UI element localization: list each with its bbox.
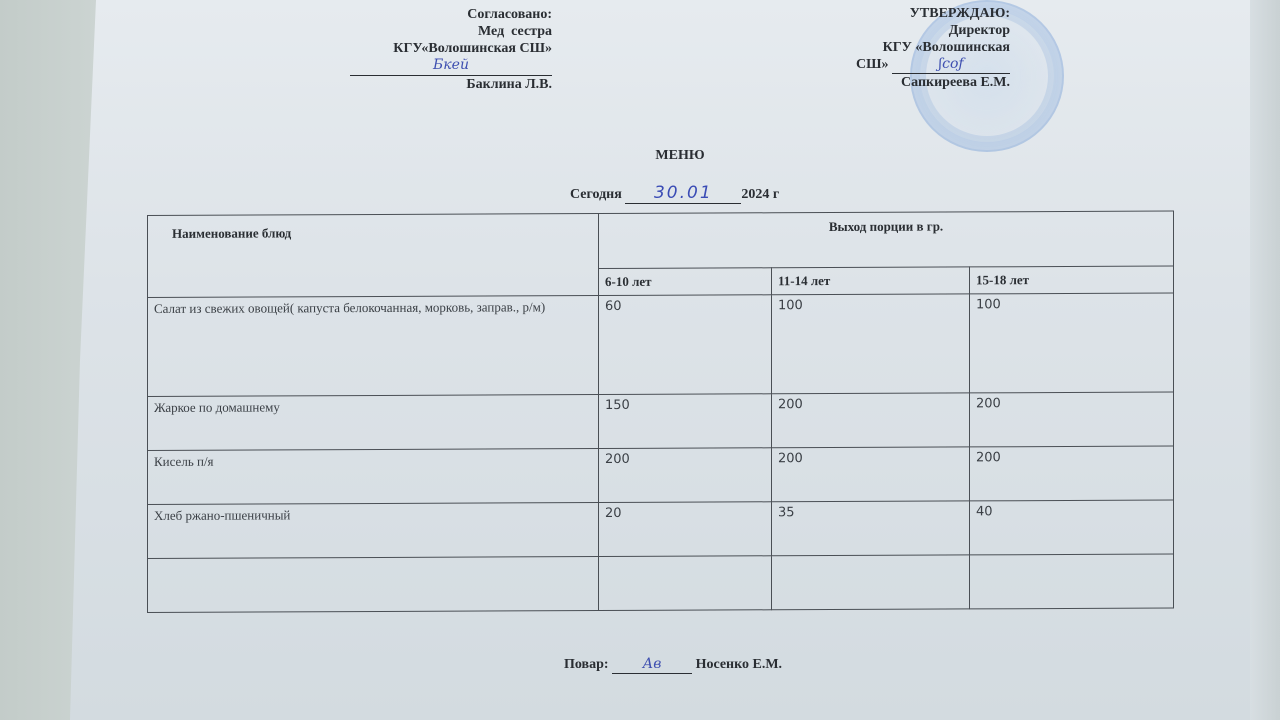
portion-11-14: 200 [772,393,970,448]
portion-6-10: 200 [599,448,772,503]
header-dish-name: Наименование блюд [148,214,599,298]
portion-15-18: 40 [970,500,1174,555]
portion-6-10: 20 [599,502,772,557]
agreed-position: Мед сестра [350,23,552,40]
approved-position: Директор [810,22,1010,39]
table-header-row: Наименование блюд Выход порции в гр. [148,211,1174,270]
background-surface-right [1250,0,1280,720]
approved-organization-line1: КГУ «Волошинская [810,39,1010,56]
table-row-empty [148,554,1174,612]
document-title: МЕНЮ [620,148,740,164]
dish-name: Жаркое по домашнему [148,395,599,451]
date-label: Сегодня [570,187,622,202]
header-age-15-18: 15-18 лет [970,266,1174,294]
cook-label: Повар: [564,657,609,672]
dish-name: Хлеб ржано-пшеничный [148,503,599,559]
portion-15-18: 200 [970,392,1174,447]
agreed-block: Согласовано: Мед сестра КГУ«Волошинская … [350,6,552,93]
portion-11-14 [772,555,970,610]
dish-name: Салат из свежих овощей( капуста белокоча… [148,296,599,397]
approved-heading: УТВЕРЖДАЮ: [810,5,1010,22]
portion-15-18 [970,554,1174,609]
portion-15-18: 100 [970,293,1174,393]
dish-name: Кисель п/я [148,449,599,505]
portion-6-10 [599,556,772,611]
portion-6-10: 150 [599,394,772,449]
table-row: Хлеб ржано-пшеничный 20 35 40 [148,500,1174,558]
agreed-heading: Согласовано: [350,6,552,23]
cook-signature-line: Повар: Ав Носенко Е.М. [564,656,782,674]
table-row: Салат из свежих овощей( капуста белокоча… [148,293,1174,396]
portion-11-14: 35 [772,501,970,556]
approved-signature: ʃcoƒ [938,56,963,72]
approved-organization-line2: СШ» [856,57,888,72]
agreed-organization: КГУ«Волошинская СШ» [350,40,552,57]
agreed-signature: Бкей [433,57,469,73]
header-age-6-10: 6-10 лет [599,268,772,296]
header-portion-output: Выход порции в гр. [599,211,1174,269]
header-age-11-14: 11-14 лет [772,267,970,295]
dish-name [148,557,599,613]
approved-name: Сапкиреева Е.М. [810,74,1010,91]
date-year: 2024 г [741,187,779,202]
date-handwritten: 30.01 [625,183,741,204]
cook-name: Носенко Е.М. [696,657,783,672]
table-row: Кисель п/я 200 200 200 [148,446,1174,504]
portion-15-18: 200 [970,446,1174,501]
portion-6-10: 60 [599,295,772,395]
approved-block: УТВЕРЖДАЮ: Директор КГУ «Волошинская СШ»… [810,5,1010,91]
cook-signature: Ав [643,656,662,672]
portion-11-14: 100 [772,294,970,394]
agreed-name: Баклина Л.В. [350,76,552,93]
table-row: Жаркое по домашнему 150 200 200 [148,392,1174,450]
menu-table: Наименование блюд Выход порции в гр. 6-1… [147,211,1174,613]
date-line: Сегодня 30.012024 г [570,183,779,204]
portion-11-14: 200 [772,447,970,502]
